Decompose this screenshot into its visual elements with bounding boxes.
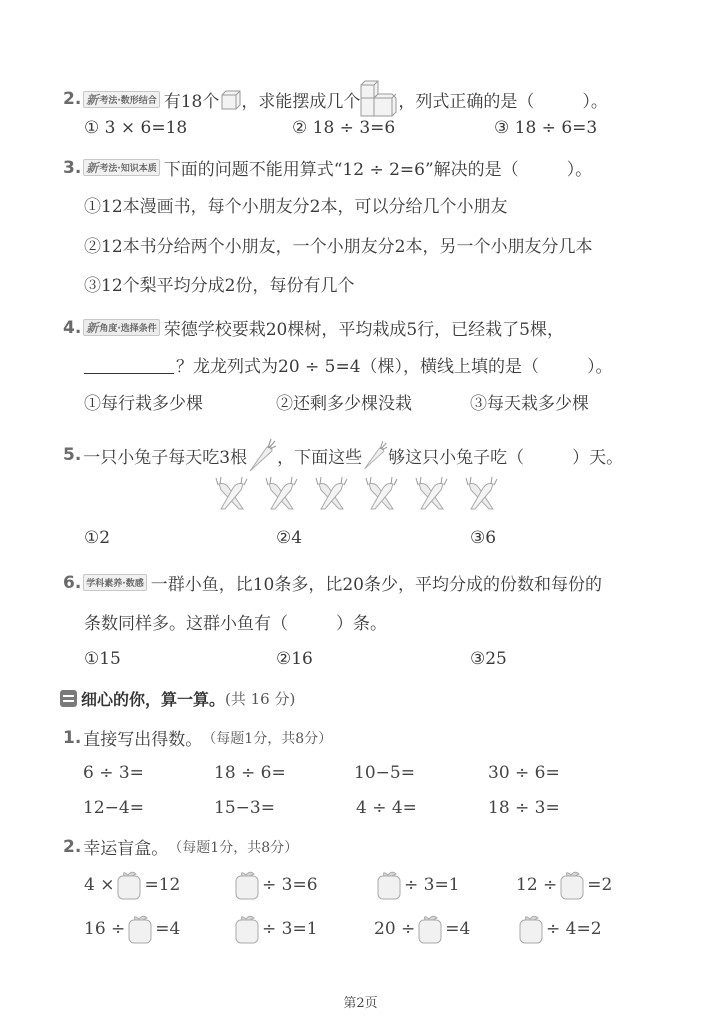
calc-1-heading: 1. 直接写出得数。 （每题1分，共8分）: [63, 725, 332, 750]
calc-item: 30 ÷ 6=: [488, 763, 560, 783]
carrot-pair-icon: [465, 476, 498, 517]
stem-text: ，下面这些: [277, 443, 362, 468]
question-title: 幸运盲盒。: [83, 834, 168, 859]
option-1[interactable]: ① 3 × 6=18: [84, 118, 187, 138]
expr-pre: 16 ÷: [84, 919, 125, 939]
question-5-stem: 5. 一只小兔子每天吃3根 ，下面这些 够这只小兔子吃（ ）天。: [63, 437, 623, 473]
question-2-stem: 2. 新 考法·数形结合 有18个 ，求能摆成几个 ，列式正确的是（ ）。: [63, 80, 608, 118]
question-tag: 新 角度·选择条件: [83, 319, 159, 336]
carrot-pair-icon: [315, 476, 348, 517]
section-heading: 细心的你，算一算。 (共 16 分): [60, 687, 295, 710]
carrot-pair-icon: [265, 476, 298, 517]
stem-text: ）天。: [572, 443, 623, 468]
expr-pre: 4 ×: [84, 875, 114, 895]
page-number: 第2页: [0, 992, 721, 1011]
calc-item: 15−3=: [214, 798, 275, 818]
tag-text: 角度·选择条件: [99, 321, 156, 334]
calc-item: 12−4=: [83, 798, 144, 818]
blind-box-item: ÷ 4=2: [516, 914, 602, 944]
blind-box-item: 12 ÷ =2: [516, 870, 612, 900]
question-number: 2.: [63, 89, 81, 109]
stem-text: ？龙龙列式为20 ÷ 5=4（棵），横线上填的是（: [176, 352, 539, 377]
stem-text: 一群小鱼，比10条多，比20条少，平均分成的份数和每份的: [151, 570, 602, 595]
blind-box-item: ÷ 3=6: [232, 870, 318, 900]
option-3[interactable]: ③12个梨平均分成2份，每份有几个: [84, 271, 354, 296]
option-3[interactable]: ③每天栽多少棵: [470, 389, 589, 414]
expr-post: ÷ 4=2: [546, 919, 602, 939]
option-3[interactable]: ③ 18 ÷ 6=3: [494, 118, 597, 138]
carrot-pairs-illustration: [215, 476, 498, 517]
carrot-pair-icon: [415, 476, 448, 517]
stem-text: 条数同样多。这群小鱼有（: [84, 609, 288, 634]
expr-post: ÷ 3=6: [262, 875, 318, 895]
option-2[interactable]: ② 18 ÷ 3=6: [292, 118, 395, 138]
stem-text: ）条。: [336, 609, 387, 634]
carrot-icon: [247, 437, 277, 473]
stem-text: ）。: [582, 87, 608, 112]
option-1[interactable]: ①12本漫画书，每个小朋友分2本，可以分给几个小朋友: [84, 192, 507, 217]
tag-text: 考法·知识本质: [99, 161, 156, 174]
blind-box-item: ÷ 3=1: [374, 870, 460, 900]
gift-box-icon[interactable]: [417, 914, 443, 944]
expr-post: ÷ 3=1: [404, 875, 460, 895]
question-number: 1.: [63, 728, 81, 748]
stem-text: ）。: [567, 155, 593, 180]
calc-2-heading: 2. 幸运盲盒。 （每题1分，共8分）: [63, 834, 298, 859]
option-1[interactable]: ①2: [84, 528, 110, 548]
expr-pre: 12 ÷: [516, 875, 557, 895]
gift-box-icon[interactable]: [127, 914, 153, 944]
expr-pre: 20 ÷: [374, 919, 415, 939]
calc-item: 10−5=: [354, 763, 415, 783]
option-2[interactable]: ②4: [276, 528, 302, 548]
question-number: 5.: [63, 445, 81, 465]
gift-box-icon[interactable]: [559, 870, 585, 900]
option-2[interactable]: ②还剩多少棵没栽: [276, 389, 412, 414]
expr-post: =2: [587, 875, 612, 895]
option-1[interactable]: ①15: [84, 649, 121, 669]
tag-prefix: 新: [86, 319, 98, 336]
question-4-stem: 4. 新 角度·选择条件 荣德学校要栽20棵树，平均栽成5行，已经栽了5棵，: [63, 315, 564, 340]
calc-item: 18 ÷ 3=: [488, 798, 560, 818]
option-3[interactable]: ③25: [470, 649, 507, 669]
blind-box-item: 16 ÷ =4: [84, 914, 180, 944]
stem-text: 一只小兔子每天吃3根: [83, 443, 247, 468]
single-cube-icon: [220, 89, 240, 109]
stem-text: 荣德学校要栽20棵树，平均栽成5行，已经栽了5棵，: [164, 315, 564, 340]
gift-box-icon[interactable]: [234, 870, 260, 900]
expr-post: =4: [445, 919, 470, 939]
gift-box-icon[interactable]: [234, 914, 260, 944]
tag-prefix: 新: [86, 91, 98, 108]
question-tag: 新 考法·数形结合: [83, 91, 159, 108]
question-title: 直接写出得数。: [83, 725, 202, 750]
expr-post: =4: [155, 919, 180, 939]
carrot-pair-icon: [215, 476, 248, 517]
section-title: 细心的你，算一算。: [81, 687, 225, 710]
expr-post: =12: [144, 875, 180, 895]
gift-box-icon[interactable]: [518, 914, 544, 944]
option-2[interactable]: ②12本书分给两个小朋友，一个小朋友分2本，另一个小朋友分几本: [84, 232, 592, 257]
gift-box-icon[interactable]: [116, 870, 142, 900]
blind-box-item: 4 × =12: [84, 870, 180, 900]
question-number: 4.: [63, 318, 81, 338]
stem-text: ，求能摆成几个: [241, 87, 360, 112]
question-3-stem: 3. 新 考法·知识本质 下面的问题不能用算式“12 ÷ 2=6”解决的是（ ）…: [63, 155, 592, 180]
gift-box-icon[interactable]: [376, 870, 402, 900]
option-1[interactable]: ①每行栽多少棵: [84, 389, 203, 414]
question-6-stem: 6. 学科素养·数感 一群小鱼，比10条多，比20条少，平均分成的份数和每份的: [63, 570, 602, 595]
section-three-icon: [60, 690, 77, 707]
stem-text: ）。: [587, 352, 613, 377]
calc-item: 18 ÷ 6=: [214, 763, 286, 783]
question-6-stem-line2: 条数同样多。这群小鱼有（ ）条。: [84, 609, 387, 634]
expr-post: ÷ 3=1: [262, 919, 318, 939]
question-number: 3.: [63, 158, 81, 178]
carrot-icon: [362, 437, 388, 473]
blind-box-item: ÷ 3=1: [232, 914, 318, 944]
section-score: (共 16 分): [225, 688, 295, 709]
tag-text: 学科素养·数感: [86, 576, 143, 589]
stem-text: 有18个: [164, 87, 220, 112]
tag-text: 考法·数形结合: [99, 93, 156, 106]
fill-in-line[interactable]: [84, 356, 174, 374]
stem-text: 下面的问题不能用算式“12 ÷ 2=6”解决的是（: [164, 155, 519, 180]
question-score: （每题1分，共8分）: [202, 728, 332, 748]
question-4-stem-line2: ？龙龙列式为20 ÷ 5=4（棵），横线上填的是（ ）。: [84, 352, 613, 377]
stacked-cubes-icon: [360, 80, 398, 118]
stem-text: ，列式正确的是（: [398, 87, 534, 112]
calc-item: 4 ÷ 4=: [356, 798, 417, 818]
option-3[interactable]: ③6: [470, 528, 496, 548]
question-tag: 新 考法·知识本质: [83, 159, 159, 176]
question-number: 2.: [63, 837, 81, 857]
stem-text: 够这只小兔子吃（: [388, 443, 524, 468]
blind-box-item: 20 ÷ =4: [374, 914, 470, 944]
question-number: 6.: [63, 573, 81, 593]
tag-prefix: 新: [86, 159, 98, 176]
question-tag: 学科素养·数感: [83, 574, 146, 591]
carrot-pair-icon: [365, 476, 398, 517]
question-score: （每题1分，共8分）: [168, 837, 298, 857]
option-2[interactable]: ②16: [276, 649, 313, 669]
calc-item: 6 ÷ 3=: [83, 763, 144, 783]
